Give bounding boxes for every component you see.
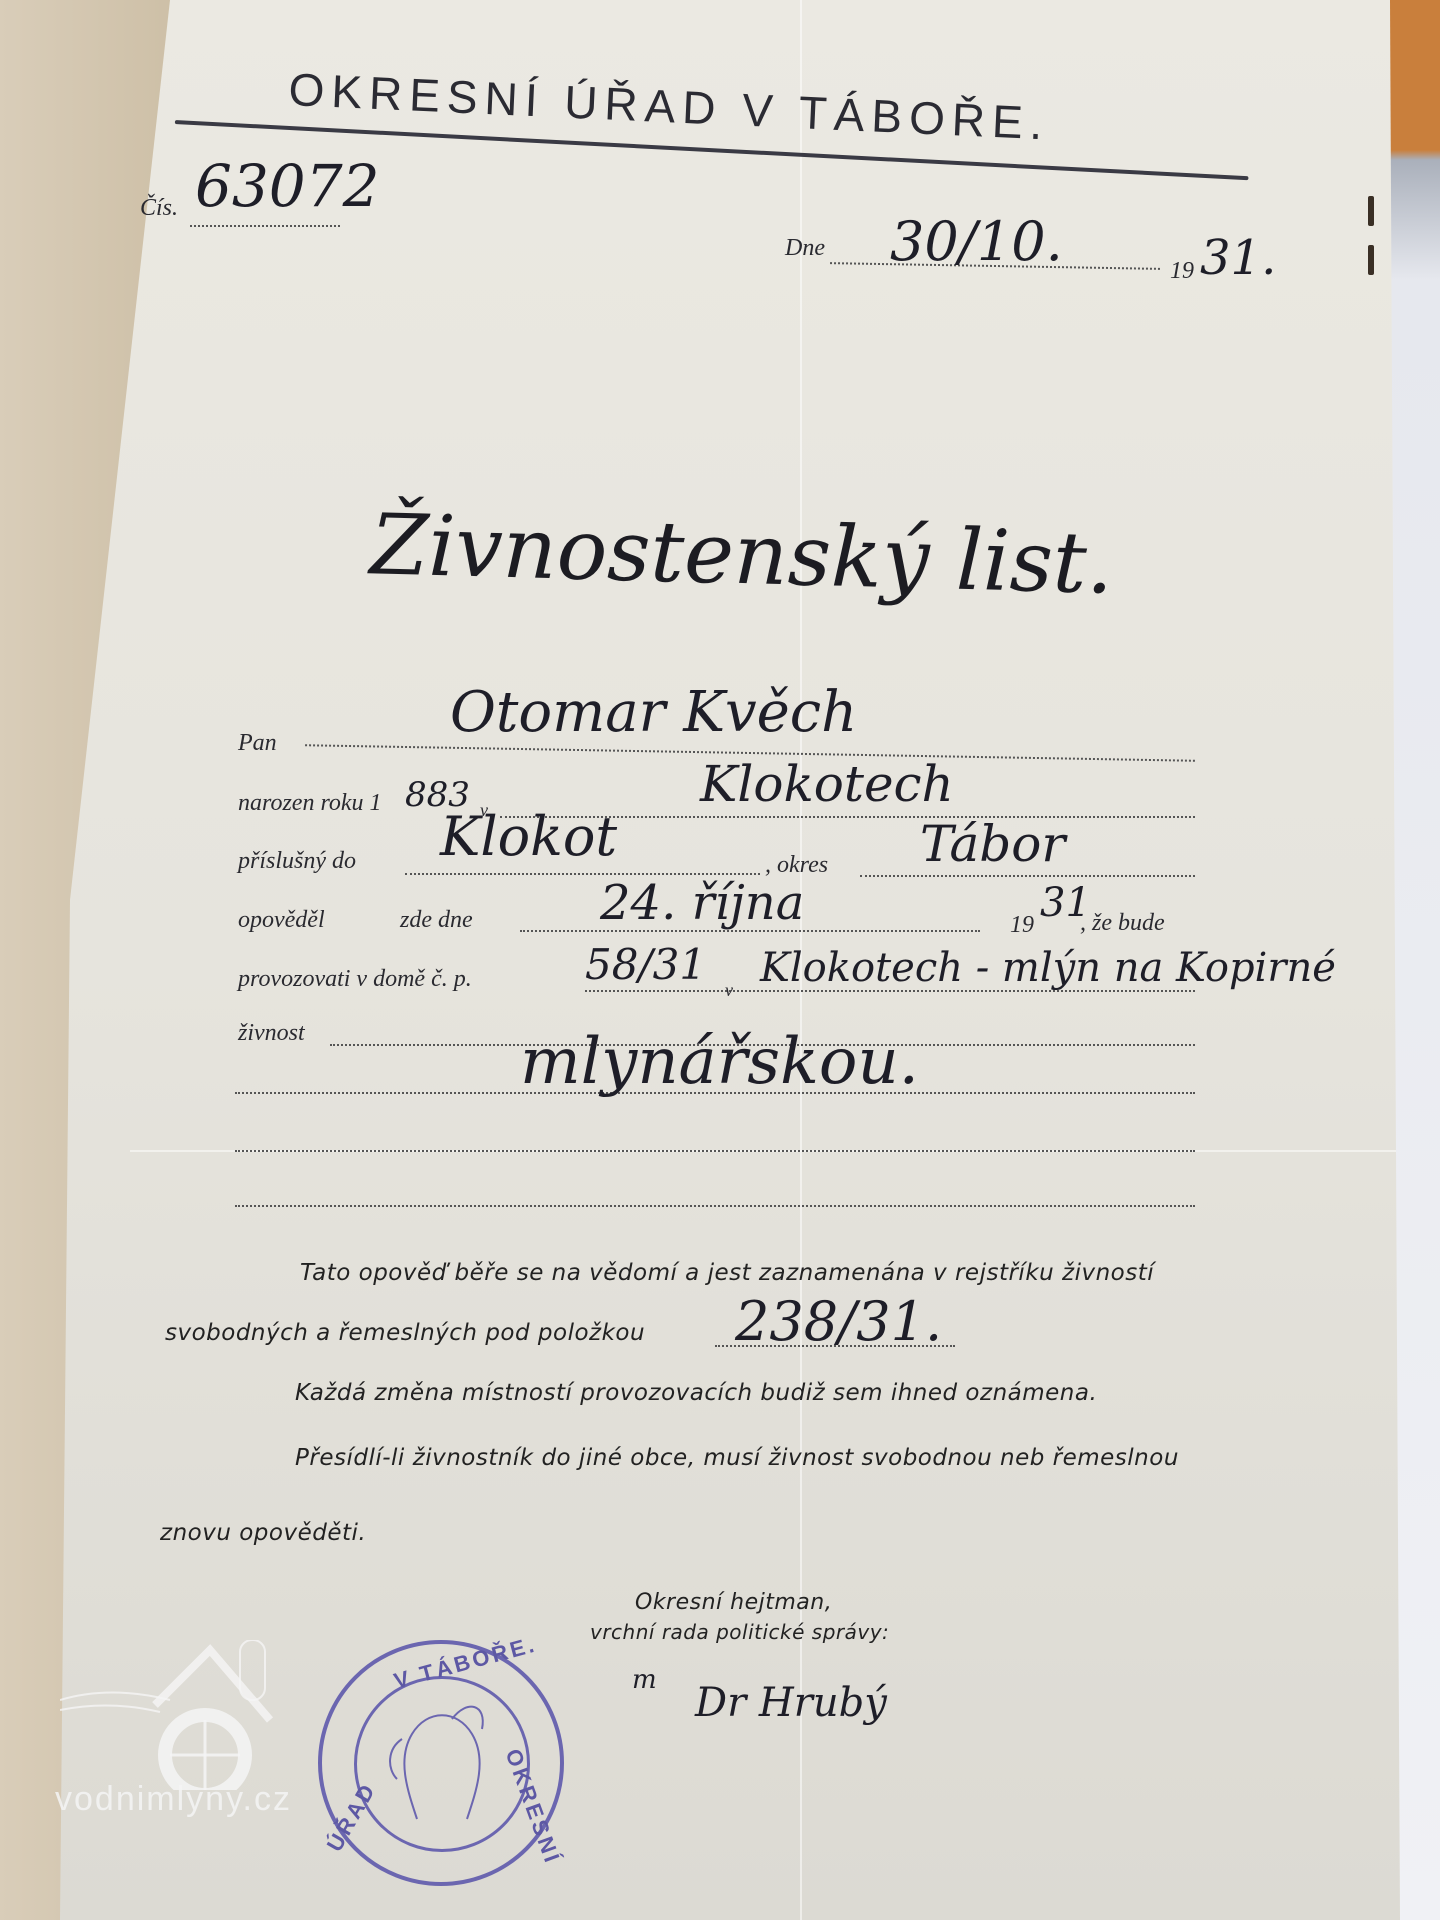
cp-value: 58/31 — [585, 940, 706, 989]
blank-line-1 — [235, 1150, 1195, 1152]
number-line — [190, 225, 340, 227]
polozka-value: 238/31. — [735, 1290, 942, 1353]
zivnost-label: živnost — [238, 1020, 305, 1047]
zivnost-value: mlynářskou. — [520, 1025, 919, 1099]
pan-value: Otomar Kvěch — [450, 680, 857, 745]
lion-icon — [357, 1679, 527, 1849]
okres-line — [860, 875, 1195, 877]
document-title: Živnostenský list. — [369, 495, 1115, 612]
para1-line1: Tato opověď běře se na vědomí a jest zaz… — [300, 1260, 1154, 1286]
para2: Každá změna místností provozovacích budi… — [295, 1380, 1097, 1406]
ze-bude-label: , že bude — [1080, 910, 1165, 937]
para1-line2: svobodných a řemeslných pod položkou — [165, 1320, 645, 1346]
signature-mark: m — [632, 1665, 657, 1695]
v2-label: v — [725, 980, 733, 1001]
blank-line-2 — [235, 1205, 1195, 1207]
para3-line2: znovu opověděti. — [160, 1520, 366, 1546]
date-label: Dne — [785, 235, 825, 262]
staple-bottom — [1368, 245, 1374, 275]
mill-logo-icon — [60, 1640, 320, 1790]
para3-line1: Přesídlí-li živnostník do jiné obce, mus… — [295, 1445, 1179, 1471]
okres-value: Tábor — [920, 815, 1065, 873]
pan-label: Pan — [238, 730, 277, 757]
narozen-place: Klokotech — [700, 755, 954, 813]
opovedel-label: opověděl — [238, 907, 325, 934]
year-prefix-2: 19 — [1010, 912, 1034, 939]
signature-line1: Okresní hejtman, — [635, 1590, 832, 1615]
signature-line2: vrchní rada politické správy: — [590, 1620, 889, 1644]
prislusny-value: Klokot — [440, 805, 617, 868]
signature: Dr Hrubý — [695, 1680, 887, 1726]
zde-dne-label: zde dne — [400, 907, 473, 934]
watermark-text: vodnimlyny.cz — [55, 1780, 292, 1819]
date-value: 30/10. — [890, 210, 1063, 273]
number-label: Čís. — [140, 195, 178, 222]
zde-dne-value: 24. října — [600, 875, 804, 931]
year-value: 31. — [1200, 230, 1276, 286]
provozovati-label: provozovati v domě č. p. — [238, 966, 472, 993]
address-value: Klokotech - mlýn na Kopirné — [760, 945, 1336, 991]
year-prefix: 19 — [1170, 258, 1194, 285]
number-value: 63072 — [195, 152, 380, 220]
narozen-label: narozen roku 1 — [238, 790, 382, 817]
staple-top — [1368, 196, 1374, 226]
official-stamp: V TÁBOŘE. ÚŘAD OKRESNÍ — [318, 1640, 564, 1886]
prislusny-label: příslušný do — [238, 848, 356, 875]
